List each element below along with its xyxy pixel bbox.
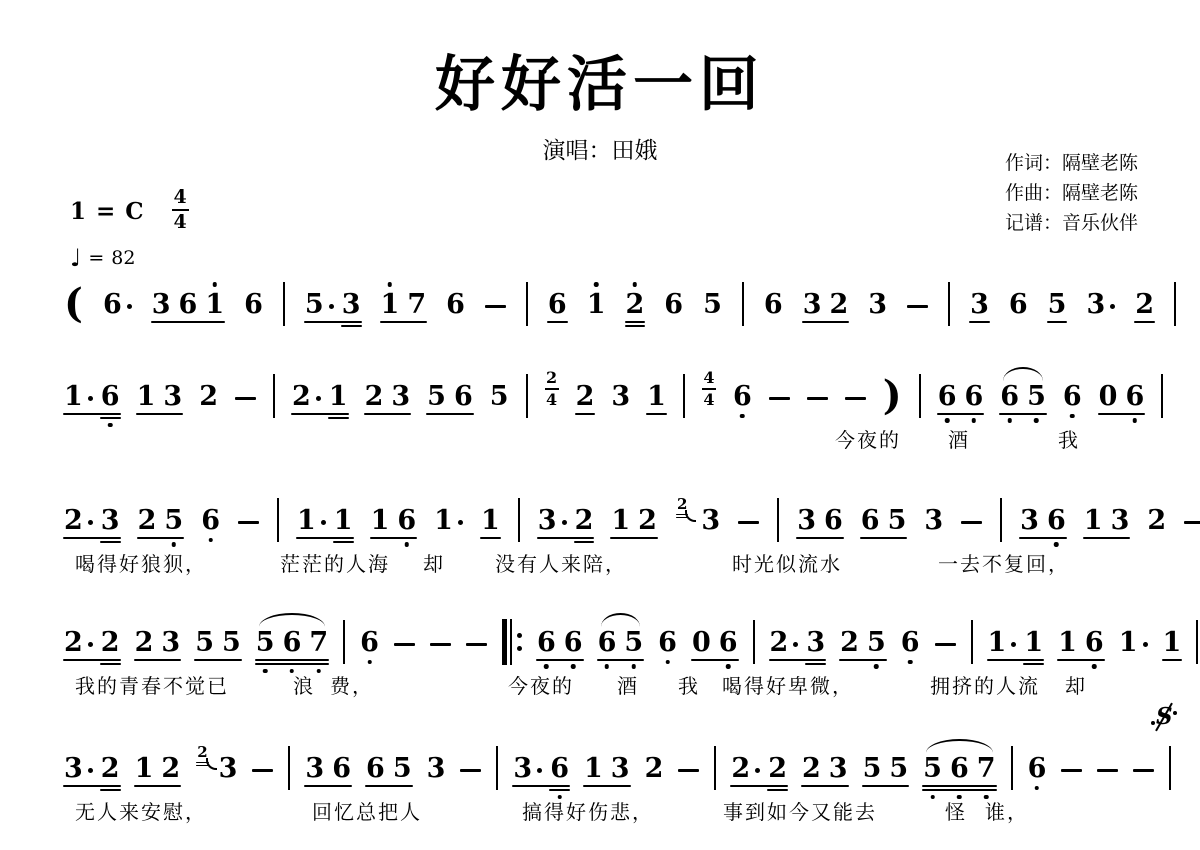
note: 1 (205, 291, 224, 318)
credit-lyricist: 作词：隔壁老陈 (1005, 148, 1138, 178)
barline (283, 282, 285, 326)
note: 5 (624, 629, 643, 656)
beam-group: 65 (598, 629, 644, 656)
note: 0 (692, 629, 711, 656)
augmentation-dot (1011, 642, 1016, 647)
note: 6 (454, 383, 473, 410)
lyric-segment: 一去不复回， (938, 548, 1070, 577)
note: 1 (1084, 507, 1103, 534)
note: 2 (645, 755, 664, 782)
credits-block: 作词：隔壁老陈 作曲：隔壁老陈 记谱：音乐伙伴 (1005, 148, 1138, 238)
duration-dash (252, 769, 273, 773)
note: 3 (219, 755, 238, 782)
augmentation-dot (1110, 304, 1115, 309)
octave-dot-below (874, 664, 879, 669)
time-denominator: 4 (173, 213, 186, 232)
duration-dash (845, 397, 866, 401)
octave-dot-below (172, 542, 177, 547)
note: 6 (1028, 755, 1047, 782)
note: 2 (626, 291, 645, 318)
beam-group: 32 (803, 291, 849, 318)
duration-dash (935, 643, 956, 647)
note: 1 (64, 383, 93, 410)
beam-group: 65 (366, 755, 412, 782)
barline (683, 374, 685, 418)
note: 2 (199, 383, 218, 410)
lyric-segment: 今夜的 (835, 424, 901, 453)
note: 2 (638, 507, 657, 534)
meta-block: 1 = C 4 4 ♩ = 82 (70, 188, 189, 270)
time-signature-change: 44 (702, 370, 716, 408)
lyrics-row: 无人来安慰，回忆总把人搞得好伤悲，事到如今又能去怪谁， (64, 796, 1146, 826)
barline (948, 282, 950, 326)
beam-group: 23 (365, 383, 411, 410)
beam-group: 17 (381, 291, 427, 318)
duration-dash (807, 397, 828, 401)
note: 6 (283, 629, 302, 656)
note: 6 (1085, 629, 1104, 656)
note: 3 (1086, 291, 1115, 318)
duration-dash (238, 521, 259, 525)
note: 6 (950, 755, 969, 782)
note: 1 (137, 383, 156, 410)
note: 2 (840, 629, 859, 656)
beam-group: 65 (1000, 383, 1046, 410)
system-line: 2223555676666560623256111611我的青春不觉已浪费，今夜… (64, 602, 1146, 700)
barline (288, 746, 290, 790)
beam-group: 23 (802, 755, 848, 782)
augmentation-dot (88, 768, 93, 773)
lyric-segment: 我的青春不觉已 (75, 670, 229, 699)
octave-dot-below (544, 664, 549, 669)
note: 2 (731, 755, 760, 782)
beam-group: 12 (611, 507, 657, 534)
melody-row: 32122336653361322223555676S (64, 728, 1146, 782)
slur-arc (601, 613, 641, 627)
lyric-segment: 无人来安慰， (75, 796, 207, 825)
note: 2 (365, 383, 384, 410)
note: 6 (658, 629, 677, 656)
note: 6 (564, 629, 583, 656)
octave-dot-below (972, 418, 977, 423)
octave-dot-below (632, 664, 637, 669)
note: 5 (888, 507, 907, 534)
augmentation-dot (562, 520, 567, 525)
lyric-segment: 没有人来陪， (495, 548, 627, 577)
duration-dash (466, 643, 487, 647)
barline (714, 746, 716, 790)
grace-note: 2 (677, 497, 687, 512)
barline (526, 282, 528, 326)
credit-transcriber: 记谱：音乐伙伴 (1005, 208, 1138, 238)
lyric-segment: 却 (423, 548, 445, 577)
octave-dot-below (1035, 786, 1040, 791)
note: 2 (829, 291, 848, 318)
note: 6 (824, 507, 843, 534)
lyric-segment: 茫茫的人海 (280, 548, 390, 577)
lyric-segment: 费， (330, 670, 374, 699)
segno-icon: S (1153, 704, 1175, 734)
note: 5 (164, 507, 183, 534)
note: 5 (1027, 383, 1046, 410)
grace-note: 2 (197, 745, 207, 760)
note: 2 (161, 755, 180, 782)
beam-group: 65 (861, 507, 907, 534)
augmentation-dot (793, 642, 798, 647)
note: 3 (701, 507, 720, 534)
time-numerator: 4 (173, 188, 186, 207)
note: 6 (764, 291, 783, 318)
beam-group: 21 (292, 383, 348, 410)
note: 3 (538, 507, 567, 534)
note: 1 (1058, 629, 1077, 656)
note: 6 (550, 755, 569, 782)
key-signature: 1 = C 4 4 (70, 188, 189, 234)
octave-dot-below (726, 664, 731, 669)
note: 2 (138, 507, 157, 534)
note: 3 (829, 755, 848, 782)
slur-arc (259, 613, 325, 627)
augmentation-dot (329, 304, 334, 309)
barline (1000, 498, 1002, 542)
note: 6 (861, 507, 880, 534)
beam-group: 36 (1020, 507, 1066, 534)
beam-group: 25 (840, 629, 886, 656)
key-equals: = (96, 198, 115, 225)
note: 6 (244, 291, 263, 318)
note: 2 (768, 755, 787, 782)
beam-group: 13 (584, 755, 630, 782)
octave-dot-below (571, 664, 576, 669)
augmentation-dot (316, 396, 321, 401)
note: 6 (397, 507, 416, 534)
note: 3 (163, 383, 182, 410)
note: 5 (867, 629, 886, 656)
duration-dash (907, 305, 928, 309)
note: 1 (611, 507, 630, 534)
note: 2 (802, 755, 821, 782)
beam-group: 66 (537, 629, 583, 656)
duration-dash (235, 397, 256, 401)
note: 1 (1119, 629, 1148, 656)
lyric-segment: 浪 (293, 670, 315, 699)
beam-group: 11 (988, 629, 1044, 656)
note: 5 (889, 755, 908, 782)
augmentation-dot (88, 642, 93, 647)
beam-group: 22 (731, 755, 787, 782)
augmentation-dot (458, 520, 463, 525)
note: 1 (587, 291, 606, 318)
barline (1011, 746, 1013, 790)
beam-group: 32 (64, 755, 120, 782)
note: 6 (101, 383, 120, 410)
note: 5 (703, 291, 722, 318)
octave-dot-below (1034, 418, 1039, 423)
augmentation-dot (88, 396, 93, 401)
barline (526, 374, 528, 418)
intro-paren: ) (883, 376, 902, 416)
beam-group: 25 (138, 507, 184, 534)
octave-dot-below (740, 414, 745, 419)
octave-dot-below (665, 660, 670, 665)
note: 2 (1147, 507, 1166, 534)
note: 6 (1063, 383, 1082, 410)
note: 0 (1099, 383, 1118, 410)
note: 6 (360, 629, 379, 656)
note: 3 (803, 291, 822, 318)
barline (1161, 374, 1163, 418)
lyric-segment: 我 (678, 670, 700, 699)
note: 3 (806, 629, 825, 656)
beam-group: 11 (297, 507, 353, 534)
note: 3 (513, 755, 542, 782)
duration-dash (961, 521, 982, 525)
duration-dash (1133, 769, 1154, 773)
time-signature: 4 4 (172, 188, 189, 232)
melody-row: (636165317661265632336532 (64, 264, 1146, 318)
barline (1174, 282, 1176, 326)
note: 5 (490, 383, 509, 410)
note: 3 (101, 507, 120, 534)
beam-group: 567 (256, 629, 328, 656)
lyric-segment: 我 (1058, 424, 1080, 453)
augmentation-dot (321, 520, 326, 525)
note: 3 (1111, 507, 1130, 534)
note: 1 (334, 507, 353, 534)
note: 1 (329, 383, 348, 410)
note: 6 (664, 291, 683, 318)
note: 3 (342, 291, 361, 318)
note: 3 (305, 755, 324, 782)
beam-group: 56 (427, 383, 473, 410)
lyric-segment: 搞得好伤悲， (522, 796, 654, 825)
octave-dot-below (1007, 418, 1012, 423)
beam-group: 13 (1084, 507, 1130, 534)
beam-group: 23 (64, 507, 120, 534)
sheet-music-page: 好好活一回 演唱：田娥 作词：隔壁老陈 作曲：隔壁老陈 记谱：音乐伙伴 1 = … (0, 0, 1200, 850)
lyric-segment: 喝得好卑微， (722, 670, 854, 699)
note: 7 (309, 629, 328, 656)
octave-dot-below (1054, 542, 1059, 547)
note: 1 (371, 507, 390, 534)
octave-dot-below (405, 542, 410, 547)
note: 5 (256, 629, 275, 656)
note: 2 (576, 383, 595, 410)
note: 1 (381, 291, 400, 318)
lyrics-row: 喝得好狼狈，茫茫的人海却没有人来陪，时光似流水一去不复回， (64, 548, 1146, 578)
note: 1 (481, 507, 500, 534)
note: 5 (923, 755, 942, 782)
augmentation-dot (755, 768, 760, 773)
duration-dash (430, 643, 451, 647)
lyric-segment: 酒 (617, 670, 639, 699)
lyrics-row: 今夜的酒我 (64, 424, 1146, 454)
beam-group: 16 (371, 507, 417, 534)
beam-group: 16 (1058, 629, 1104, 656)
note: 2 (1135, 291, 1154, 318)
barline (518, 498, 520, 542)
note: 1 (434, 507, 463, 534)
beam-group: 567 (923, 755, 995, 782)
note: 1 (1163, 629, 1182, 656)
augmentation-dot (127, 304, 132, 309)
note: 3 (868, 291, 887, 318)
note: 6 (901, 629, 920, 656)
augmentation-dot (1143, 642, 1148, 647)
melody-row: 16132212356524231446)6665606 (64, 356, 1146, 410)
beam-group: 13 (137, 383, 183, 410)
barline (919, 374, 921, 418)
barline (343, 620, 345, 664)
note: 7 (407, 291, 426, 318)
note: 6 (733, 383, 752, 410)
lyric-segment: 谁， (985, 796, 1029, 825)
beam-group: 55 (863, 755, 909, 782)
note: 5 (863, 755, 882, 782)
note: 6 (446, 291, 465, 318)
lyric-segment: 事到如今又能去 (723, 796, 877, 825)
duration-dash (1184, 521, 1200, 525)
note: 5 (427, 383, 446, 410)
note: 3 (152, 291, 171, 318)
note: 1 (135, 755, 154, 782)
beam-group: 55 (195, 629, 241, 656)
lyric-segment: 却 (1065, 670, 1087, 699)
lyric-segment: 怪 (945, 796, 967, 825)
note: 3 (1020, 507, 1039, 534)
note: 6 (1047, 507, 1066, 534)
duration-dash (460, 769, 481, 773)
note: 6 (548, 291, 567, 318)
note: 6 (366, 755, 385, 782)
note: 7 (977, 755, 996, 782)
note: 6 (332, 755, 351, 782)
note: 1 (1024, 629, 1043, 656)
note: 3 (427, 755, 446, 782)
slur-arc (926, 739, 992, 753)
note: 6 (1125, 383, 1144, 410)
note: 6 (103, 291, 132, 318)
song-title: 好好活一回 (0, 52, 1200, 118)
beam-group: 16 (64, 383, 120, 410)
octave-dot-below (945, 418, 950, 423)
beam-group: 36 (513, 755, 569, 782)
lyric-segment: 今夜的 (508, 670, 574, 699)
system-line: 232561116113212233665336132喝得好狼狈，茫茫的人海却没… (64, 480, 1146, 578)
note: 5 (195, 629, 214, 656)
note: 2 (101, 629, 120, 656)
note: 3 (797, 507, 816, 534)
beam-group: 361 (152, 291, 224, 318)
system-line: (636165317661265632336532 (64, 264, 1146, 318)
slur-arc (1003, 367, 1043, 381)
melody-row: 232561116113212233665336132 (64, 480, 1146, 534)
note: 2 (64, 629, 93, 656)
note: 1 (647, 383, 666, 410)
note: 1 (297, 507, 326, 534)
barline (777, 498, 779, 542)
beam-group: 06 (1099, 383, 1145, 410)
note: 2 (135, 629, 154, 656)
lyric-segment: 回忆总把人 (312, 796, 422, 825)
lyric-segment: 时光似流水 (732, 548, 842, 577)
octave-dot-below (1133, 418, 1138, 423)
duration-dash (1061, 769, 1082, 773)
note: 6 (964, 383, 983, 410)
time-signature-change: 24 (545, 370, 559, 408)
augmentation-dot (537, 768, 542, 773)
beam-group: 22 (64, 629, 120, 656)
octave-dot-above (633, 282, 638, 287)
lyric-segment: 喝得好狼狈， (75, 548, 207, 577)
intro-paren: ( (64, 284, 83, 324)
barline (496, 746, 498, 790)
note: 2 (575, 507, 594, 534)
barline (1196, 620, 1198, 664)
note: 5 (393, 755, 412, 782)
beam-group: 66 (938, 383, 984, 410)
note: 6 (1009, 291, 1028, 318)
beam-group: 36 (305, 755, 351, 782)
note: 2 (770, 629, 799, 656)
score: (636165317661265632336532161322123565242… (64, 264, 1146, 826)
key-value: C (125, 198, 143, 225)
octave-dot-above (388, 282, 393, 287)
lyrics-row: 我的青春不觉已浪费，今夜的酒我喝得好卑微，拥挤的人流却 (64, 670, 1146, 700)
duration-dash (738, 521, 759, 525)
barline (273, 374, 275, 418)
barline (277, 498, 279, 542)
credit-composer: 作曲：隔壁老陈 (1005, 178, 1138, 208)
augmentation-dot (88, 520, 93, 525)
octave-dot-below (1092, 664, 1097, 669)
note: 6 (719, 629, 738, 656)
octave-dot-below (605, 664, 610, 669)
note: 3 (391, 383, 410, 410)
lyric-segment: 拥挤的人流 (930, 670, 1040, 699)
repeat-begin-barline (502, 619, 522, 665)
barline (742, 282, 744, 326)
note: 6 (938, 383, 957, 410)
beam-group: 23 (135, 629, 181, 656)
beam-group: 53 (305, 291, 361, 318)
note: 3 (64, 755, 93, 782)
lyric-segment: 酒 (948, 424, 970, 453)
octave-dot-below (208, 538, 213, 543)
note: 2 (101, 755, 120, 782)
barline: S (1169, 746, 1171, 790)
barline (971, 620, 973, 664)
duration-dash (678, 769, 699, 773)
note: 1 (988, 629, 1017, 656)
note: 3 (924, 507, 943, 534)
octave-dot-above (212, 282, 217, 287)
note: 6 (537, 629, 556, 656)
note: 6 (1000, 383, 1019, 410)
duration-dash (1097, 769, 1118, 773)
octave-dot-below (1070, 414, 1075, 419)
beam-group: 12 (135, 755, 181, 782)
beam-group: 32 (538, 507, 594, 534)
system-line: 16132212356524231446)6665606今夜的酒我 (64, 356, 1146, 454)
octave-dot-above (594, 282, 599, 287)
octave-dot-below (367, 660, 372, 665)
melody-row: 2223555676666560623256111611 (64, 602, 1146, 656)
note: 3 (611, 755, 630, 782)
note: 2 (292, 383, 321, 410)
note: 5 (222, 629, 241, 656)
note: 3 (970, 291, 989, 318)
